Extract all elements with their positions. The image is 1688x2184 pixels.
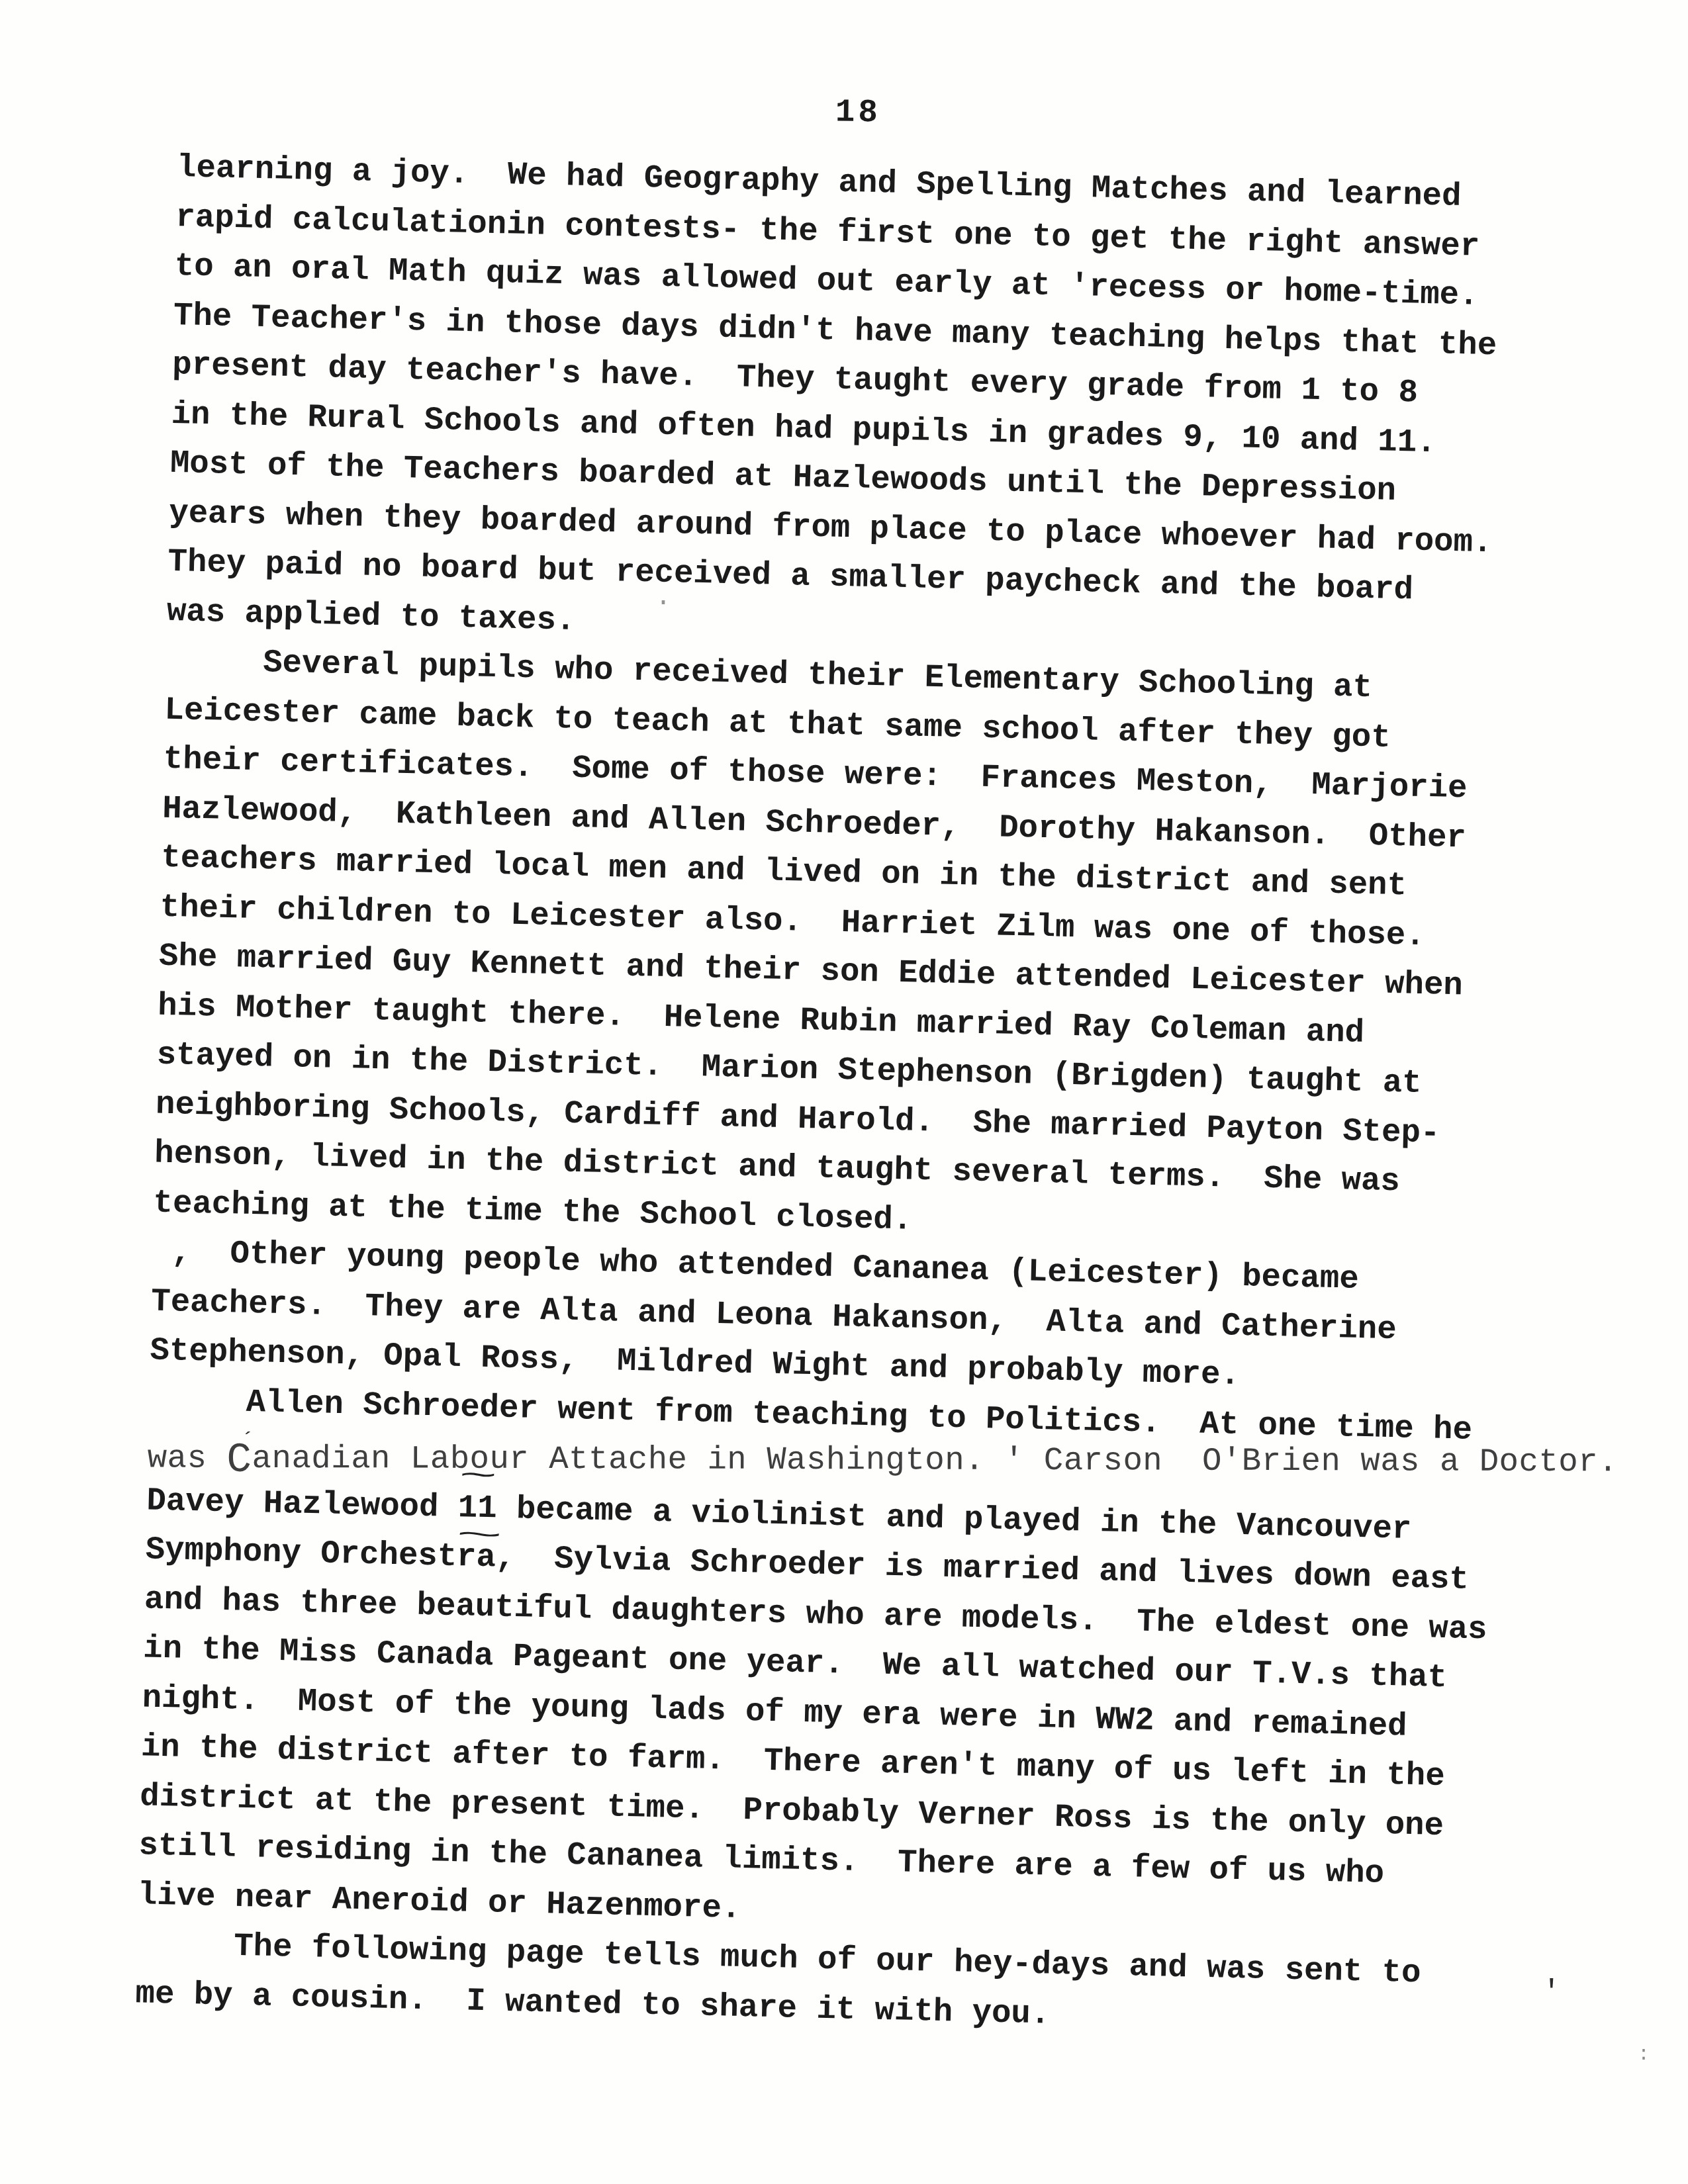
typewritten-page: 18 learning a joy. We had Geography and … [0,0,1688,2184]
paragraph-2: Several pupils who received their Elemen… [153,636,1642,1261]
page-number: 18 [835,94,882,132]
stray-ink-mark: ´ [241,1431,254,1453]
inserted-line-pre: was [148,1439,227,1477]
squiggle-mark-above: ~ [459,1462,498,1492]
paragraph-4: Allen Schroeder went from teaching to Po… [137,1375,1625,1953]
stray-ink-mark: : [1638,2045,1650,2065]
underlined-numeral-11: 11~~ [457,1483,497,1533]
inserted-correction-text: was Canadian Labour Attache in Washingto… [148,1433,1618,1488]
stray-ink-mark: ' [1542,1978,1561,2008]
stray-ink-mark: . [655,585,671,612]
paragraph-1: learning a joy. We had Geography and Spe… [166,143,1653,669]
squiggle-mark-below: ~ [453,1521,504,1552]
inserted-line-rest: anadian Labour Attache in Washington. ' … [252,1440,1618,1480]
document-text: learning a joy. We had Geography and Spe… [135,143,1654,2052]
